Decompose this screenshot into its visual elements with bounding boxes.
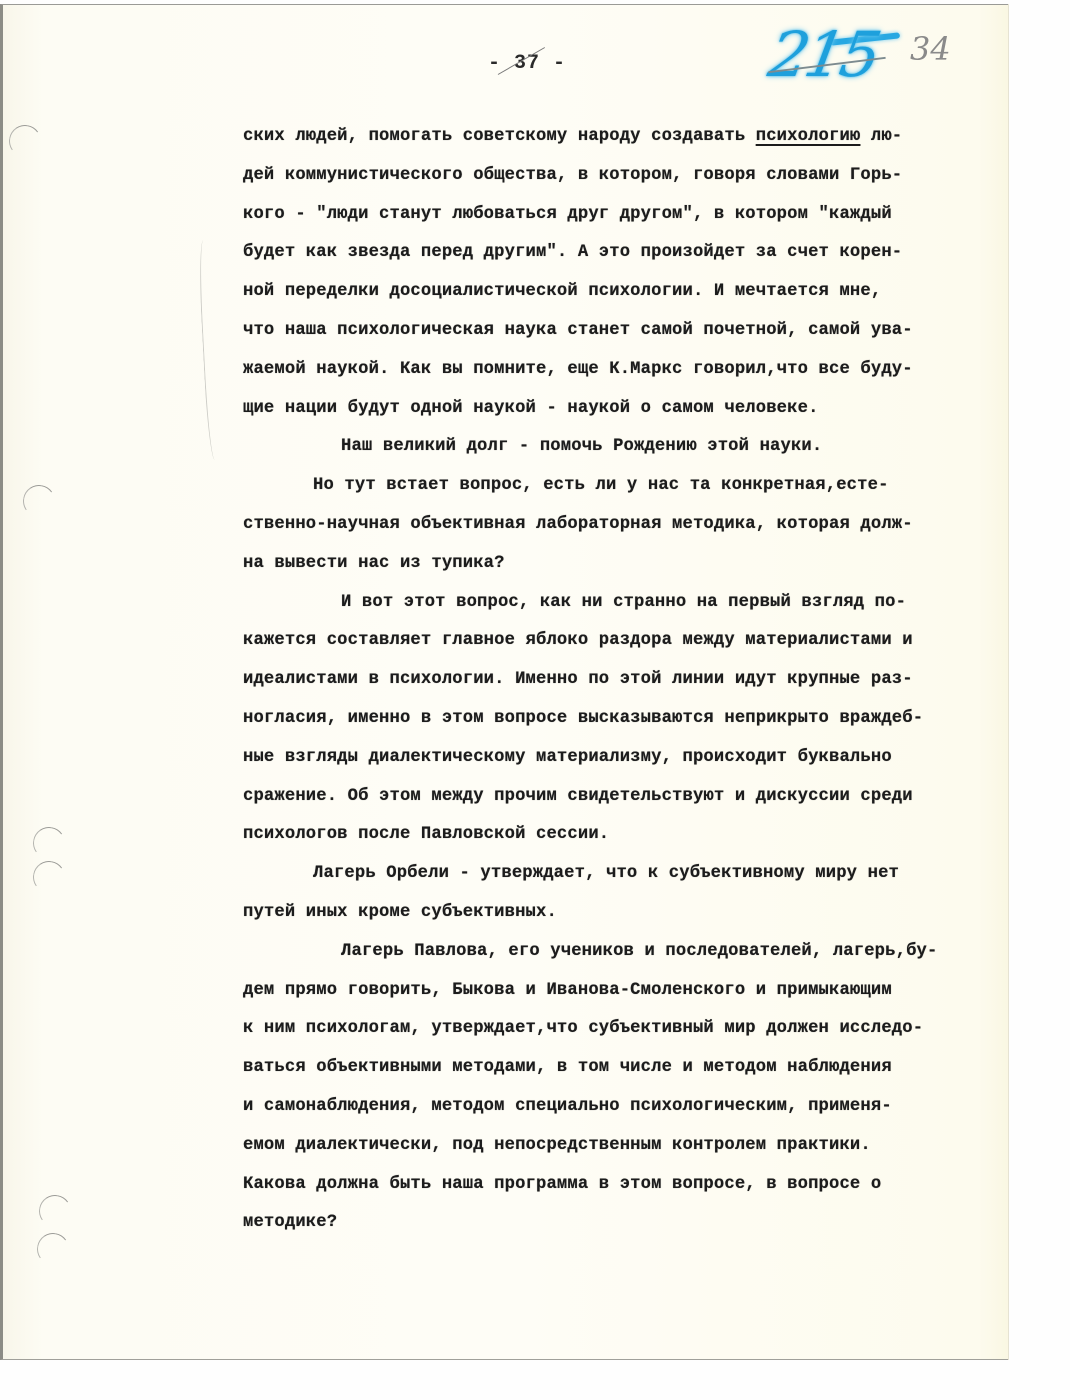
binder-hole-mark: [34, 1230, 71, 1267]
text-line: Какова должна быть наша программа в этом…: [243, 1166, 1003, 1205]
text-line: кажется составляет главное яблоко раздор…: [243, 622, 1003, 661]
text-line: щие нации будут одной наукой - наукой о …: [243, 390, 1003, 429]
binder-hole-mark: [30, 824, 67, 861]
paragraph-start-line: Но тут встает вопрос, есть ли у нас та к…: [243, 467, 1003, 506]
binder-hole-mark: [36, 1192, 73, 1229]
text-line: кого - "люди станут любоваться друг друг…: [243, 196, 1003, 235]
text-line: что наша психологическая наука станет са…: [243, 312, 1003, 351]
text-line: психологов после Павловской сессии.: [243, 816, 1003, 855]
binder-hole-mark: [30, 858, 67, 895]
text-line: на вывести нас из тупика?: [243, 545, 1003, 584]
text-line: емом диалектически, под непосредственным…: [243, 1127, 1003, 1166]
text-line: будет как звезда перед другим". А это пр…: [243, 234, 1003, 273]
document-body: ских людей, помогать советскому народу с…: [243, 118, 1003, 1243]
text-line: дей коммунистического общества, в которо…: [243, 157, 1003, 196]
text-line: путей иных кроме субъективных.: [243, 894, 1003, 933]
text-line: к ним психологам, утверждает,что субъект…: [243, 1010, 1003, 1049]
paragraph-start-line: Лагерь Орбели - утверждает, что к субъек…: [243, 855, 1003, 894]
text-line: ваться объективными методами, в том числ…: [243, 1049, 1003, 1088]
text-line: дем прямо говорить, Быкова и Иванова-Смо…: [243, 972, 1003, 1011]
text-line: ной переделки досоциалистической психоло…: [243, 273, 1003, 312]
text-line: жаемой наукой. Как вы помните, еще К.Мар…: [243, 351, 1003, 390]
old-page-number: 34: [910, 30, 951, 68]
text-line: и самонаблюдения, методом специально пси…: [243, 1088, 1003, 1127]
text-line: ные взгляды диалектическому материализму…: [243, 739, 1003, 778]
binder-hole-mark: [6, 122, 43, 159]
archive-number-stamp: 215: [764, 18, 883, 91]
text-line: ногласия, именно в этом вопросе высказыв…: [243, 700, 1003, 739]
text-line: идеалистами в психологии. Именно по этой…: [243, 661, 1003, 700]
text-line: ственно-научная объективная лабораторная…: [243, 506, 1003, 545]
paragraph-start-line: Лагерь Павлова, его учеников и последова…: [243, 933, 1003, 972]
text-line: методике?: [243, 1204, 1003, 1243]
text-line: сражение. Об этом между прочим свидетель…: [243, 778, 1003, 817]
binder-hole-mark: [20, 482, 57, 519]
paragraph-start-line: И вот этот вопрос, как ни странно на пер…: [243, 584, 1003, 623]
text-line: ских людей, помогать советскому народу с…: [243, 118, 1003, 157]
underlined-word: психологию: [756, 127, 861, 146]
paragraph-start-line: Наш великий долг - помочь Рождению этой …: [243, 428, 1003, 467]
